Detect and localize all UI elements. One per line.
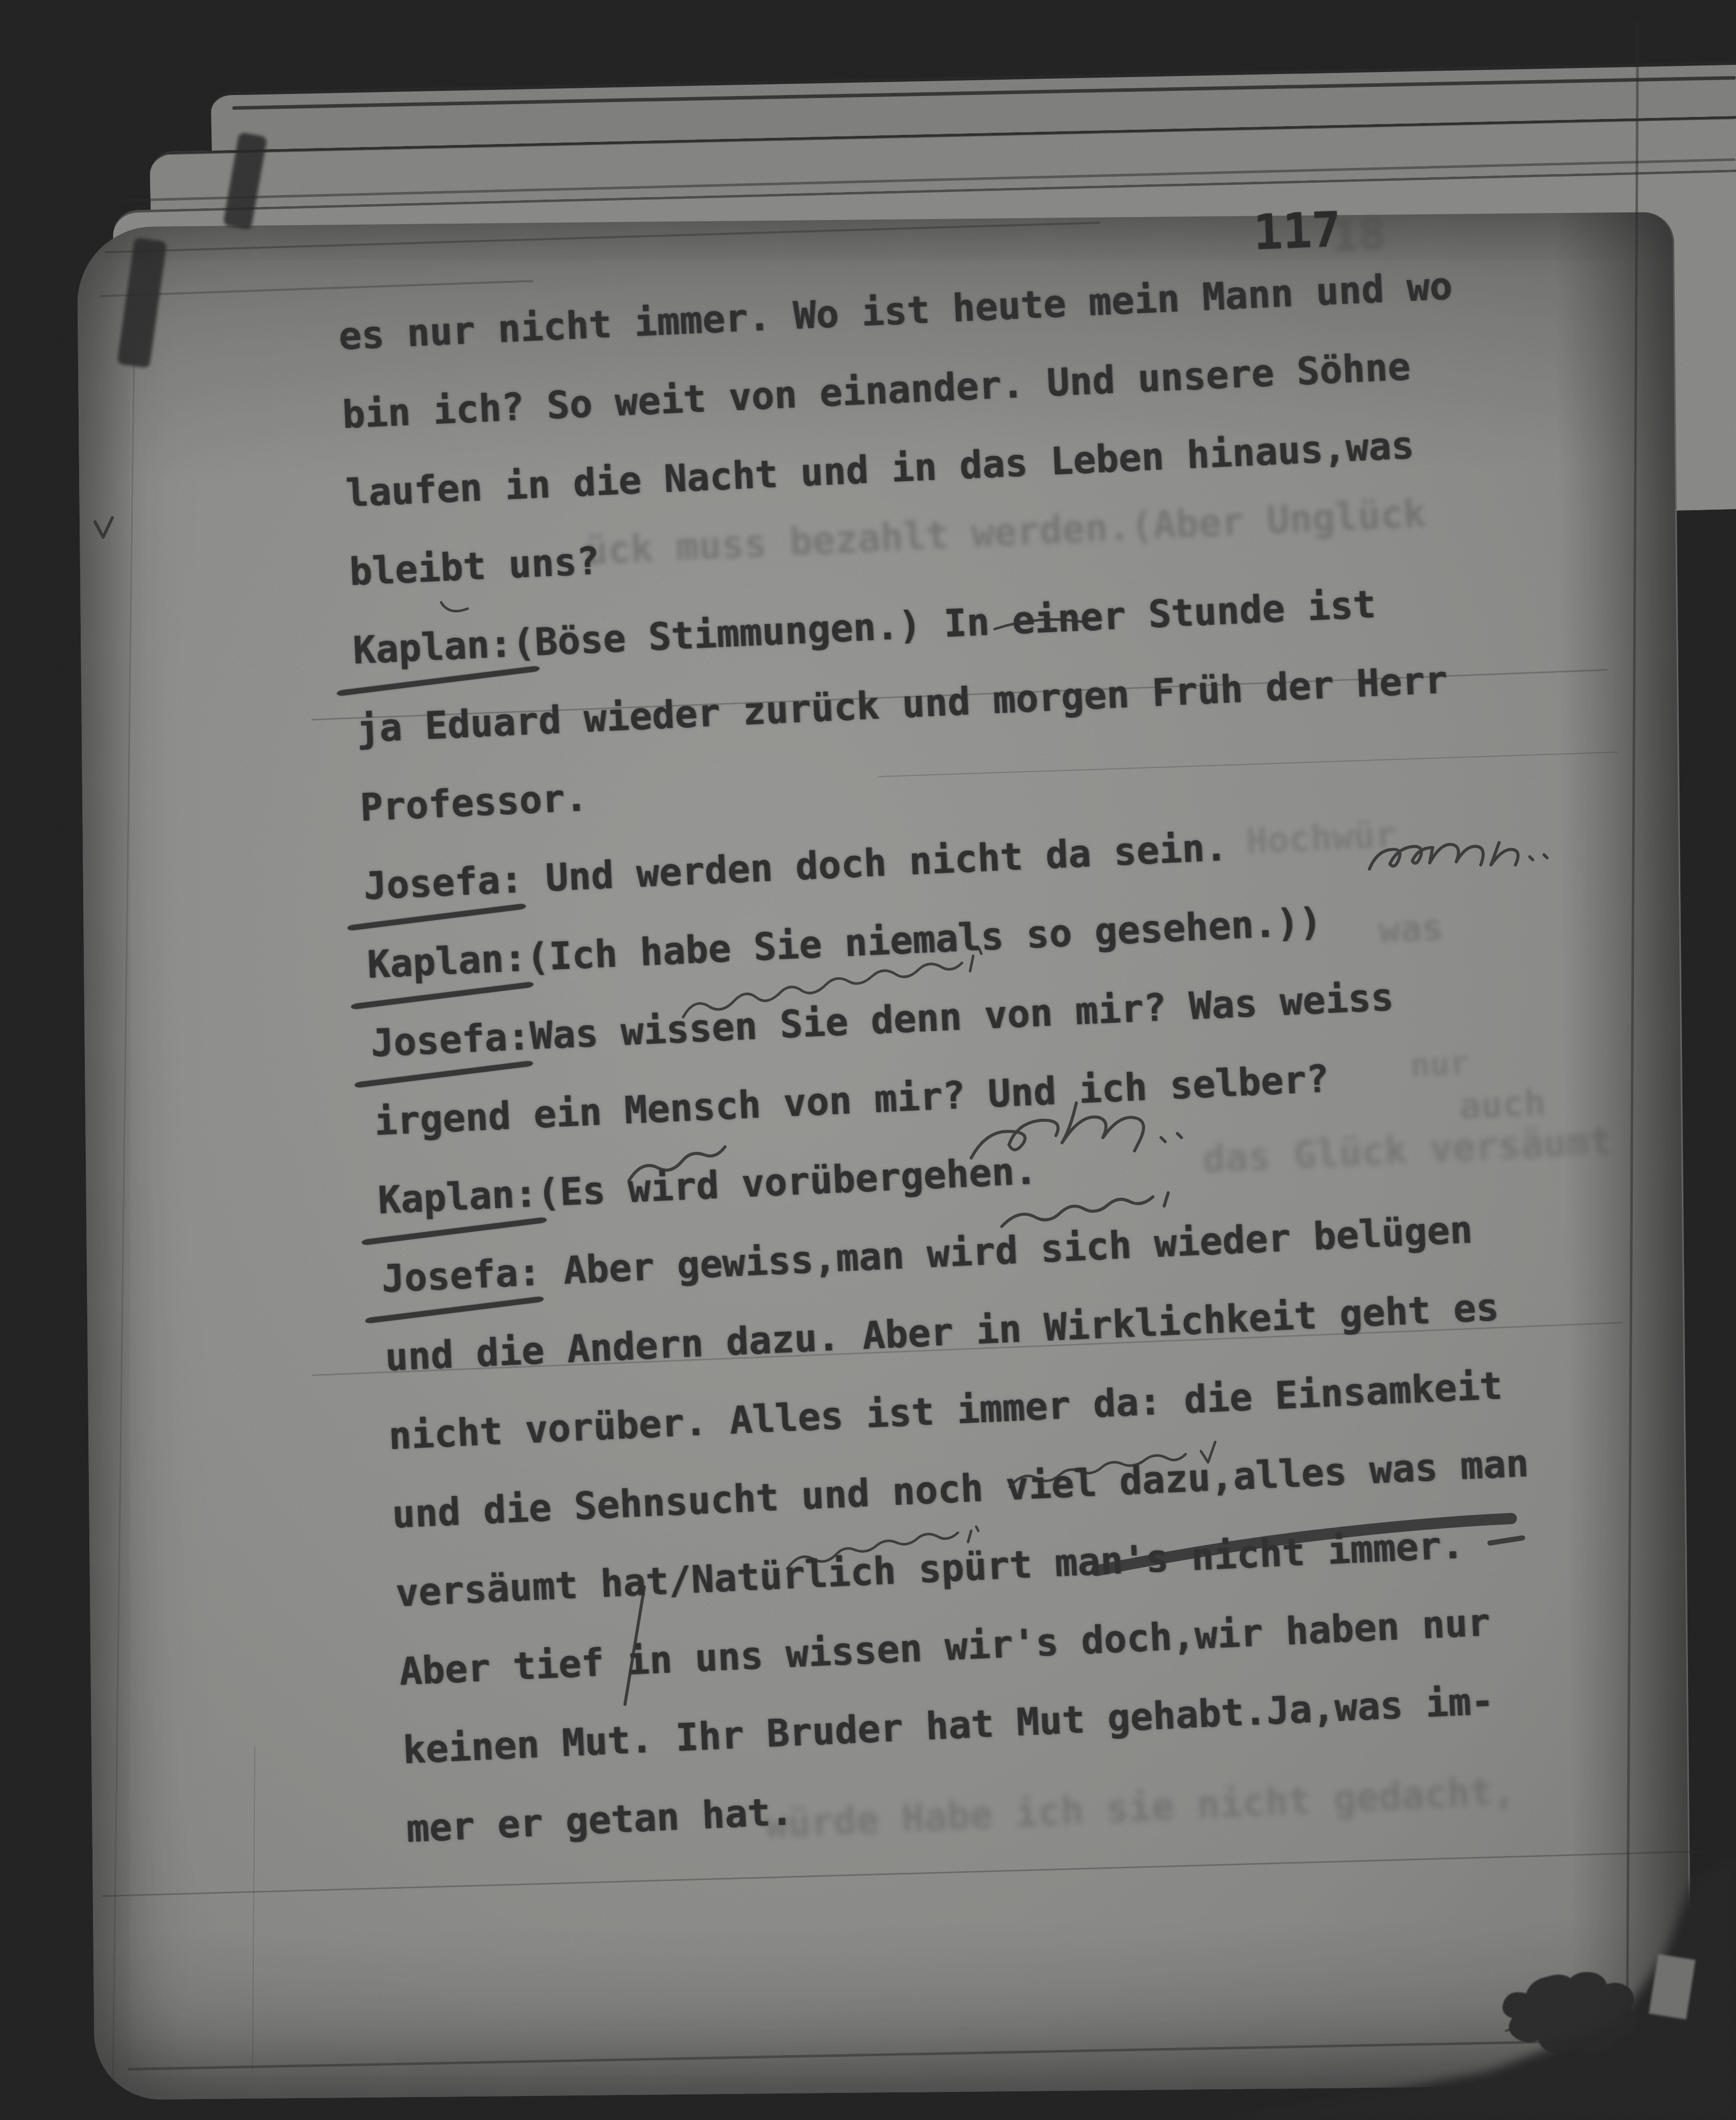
handwritten-annotation — [1002, 1193, 1168, 1226]
handwritten-annotation — [787, 1527, 978, 1569]
handwritten-annotation — [995, 619, 1082, 629]
handwritten-annotation — [1490, 1538, 1523, 1543]
handwritten-annotation — [625, 1587, 644, 1704]
handwritten-annotation — [971, 1103, 1182, 1158]
handwritten-annotation — [629, 1147, 725, 1181]
scan-background: ück muss bezahlt werden.(Aber UnglückHoc… — [0, 0, 1736, 2120]
handwritten-annotation — [441, 603, 468, 611]
handwritten-annotation — [1010, 1442, 1215, 1487]
handwritten-annotation-layer — [0, 0, 1736, 2120]
handwritten-annotation — [1369, 842, 1547, 869]
handwritten-annotation — [1097, 1519, 1511, 1571]
handwritten-annotation — [95, 518, 112, 537]
handwritten-annotation — [683, 949, 981, 1017]
